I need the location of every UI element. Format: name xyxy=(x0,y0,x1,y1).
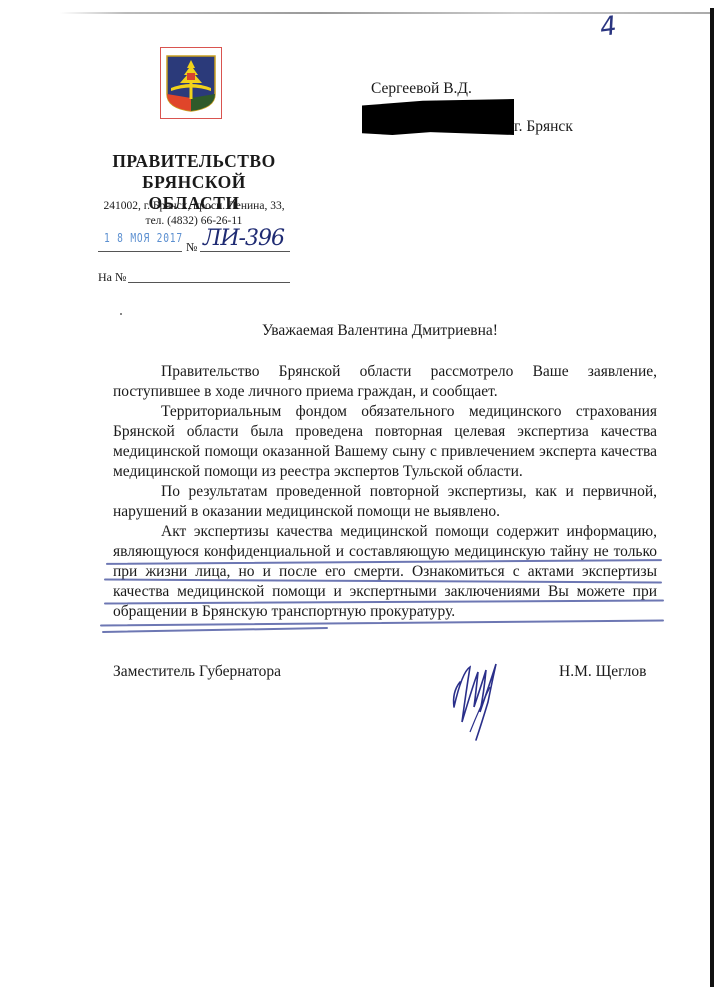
bryansk-oblast-coat-of-arms-icon xyxy=(165,54,217,112)
scan-speck xyxy=(120,313,122,315)
registration-number: ЛИ-396 xyxy=(203,226,284,251)
body-paragraph: По результатам проведенной повторной экс… xyxy=(113,482,657,522)
recipient-name: Сергеевой В.Д. xyxy=(371,80,472,98)
date-underline xyxy=(98,251,182,252)
handwritten-signature xyxy=(440,652,530,742)
organization-address: 241002, г. Брянск, просп. Ленина, 33, те… xyxy=(96,199,292,229)
signer-name: Н.М. Щеглов xyxy=(559,663,647,681)
body-paragraph: Акт экспертизы качества медицинской помо… xyxy=(113,522,657,622)
recipient-city: г. Брянск xyxy=(514,118,573,136)
handwritten-underline xyxy=(102,627,328,633)
signer-title: Заместитель Губернатора xyxy=(113,663,281,681)
handwritten-page-number: 4 xyxy=(598,11,619,43)
number-label: № xyxy=(186,240,197,255)
redacted-address xyxy=(362,99,514,135)
address-line1: 241002, г. Брянск, просп. Ленина, 33, xyxy=(96,199,292,214)
reply-to-label: На № xyxy=(98,270,126,285)
number-underline xyxy=(200,251,290,252)
salutation: Уважаемая Валентина Дмитриевна! xyxy=(90,322,670,340)
coat-of-arms-frame xyxy=(160,47,222,119)
body-paragraph: Территориальным фондом обязательного мед… xyxy=(113,402,657,482)
page-right-edge xyxy=(710,8,714,987)
reply-to-underline xyxy=(128,282,290,283)
organization-name-line1: ПРАВИТЕЛЬСТВО xyxy=(96,151,292,172)
body-paragraph: Правительство Брянской области рассмотре… xyxy=(113,362,657,402)
date-stamp: 1 8 МОЯ 2017 xyxy=(104,231,183,245)
